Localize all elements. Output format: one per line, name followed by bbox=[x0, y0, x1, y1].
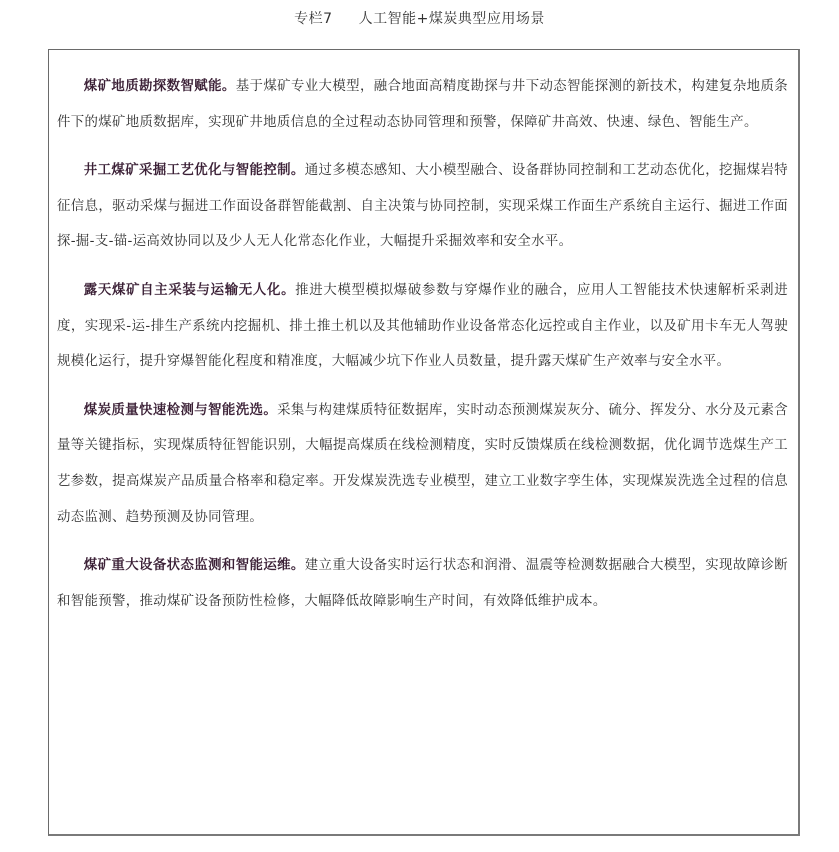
section-coal-quality-washing: 煤炭质量快速检测与智能洗选。采集与构建煤质特征数据库，实时动态预测煤炭灰分、硫分… bbox=[57, 393, 788, 535]
section-geological-exploration: 煤矿地质勘探数智赋能。基于煤矿专业大模型，融合地面高精度勘探与井下动态智能探测的… bbox=[57, 69, 788, 140]
section-underground-mining-control: 井工煤矿采掘工艺优化与智能控制。通过多模态感知、大小模型融合、设备群协同控制和工… bbox=[57, 153, 788, 260]
section-heading: 煤矿地质勘探数智赋能。 bbox=[84, 78, 236, 94]
section-heading: 井工煤矿采掘工艺优化与智能控制。 bbox=[84, 162, 305, 178]
text-box: 煤矿地质勘探数智赋能。基于煤矿专业大模型，融合地面高精度勘探与井下动态智能探测的… bbox=[48, 49, 800, 836]
box-caption: 专栏7人工智能+煤炭典型应用场景 bbox=[0, 8, 839, 30]
caption-title: 人工智能+煤炭典型应用场景 bbox=[359, 11, 545, 27]
section-equipment-monitoring: 煤矿重大设备状态监测和智能运维。建立重大设备实时运行状态和润滑、温震等检测数据融… bbox=[57, 548, 788, 619]
section-open-pit-unmanned: 露天煤矿自主采装与运输无人化。推进大模型模拟爆破参数与穿爆作业的融合，应用人工智… bbox=[57, 273, 788, 380]
section-body: 采集与构建煤质特征数据库，实时动态预测煤炭灰分、硫分、挥发分、水分及元素含量等关… bbox=[57, 403, 788, 525]
section-heading: 露天煤矿自主采装与运输无人化。 bbox=[84, 282, 295, 298]
caption-number: 专栏7 bbox=[294, 8, 332, 30]
section-heading: 煤炭质量快速检测与智能洗选。 bbox=[84, 402, 277, 418]
section-heading: 煤矿重大设备状态监测和智能运维。 bbox=[84, 557, 305, 573]
